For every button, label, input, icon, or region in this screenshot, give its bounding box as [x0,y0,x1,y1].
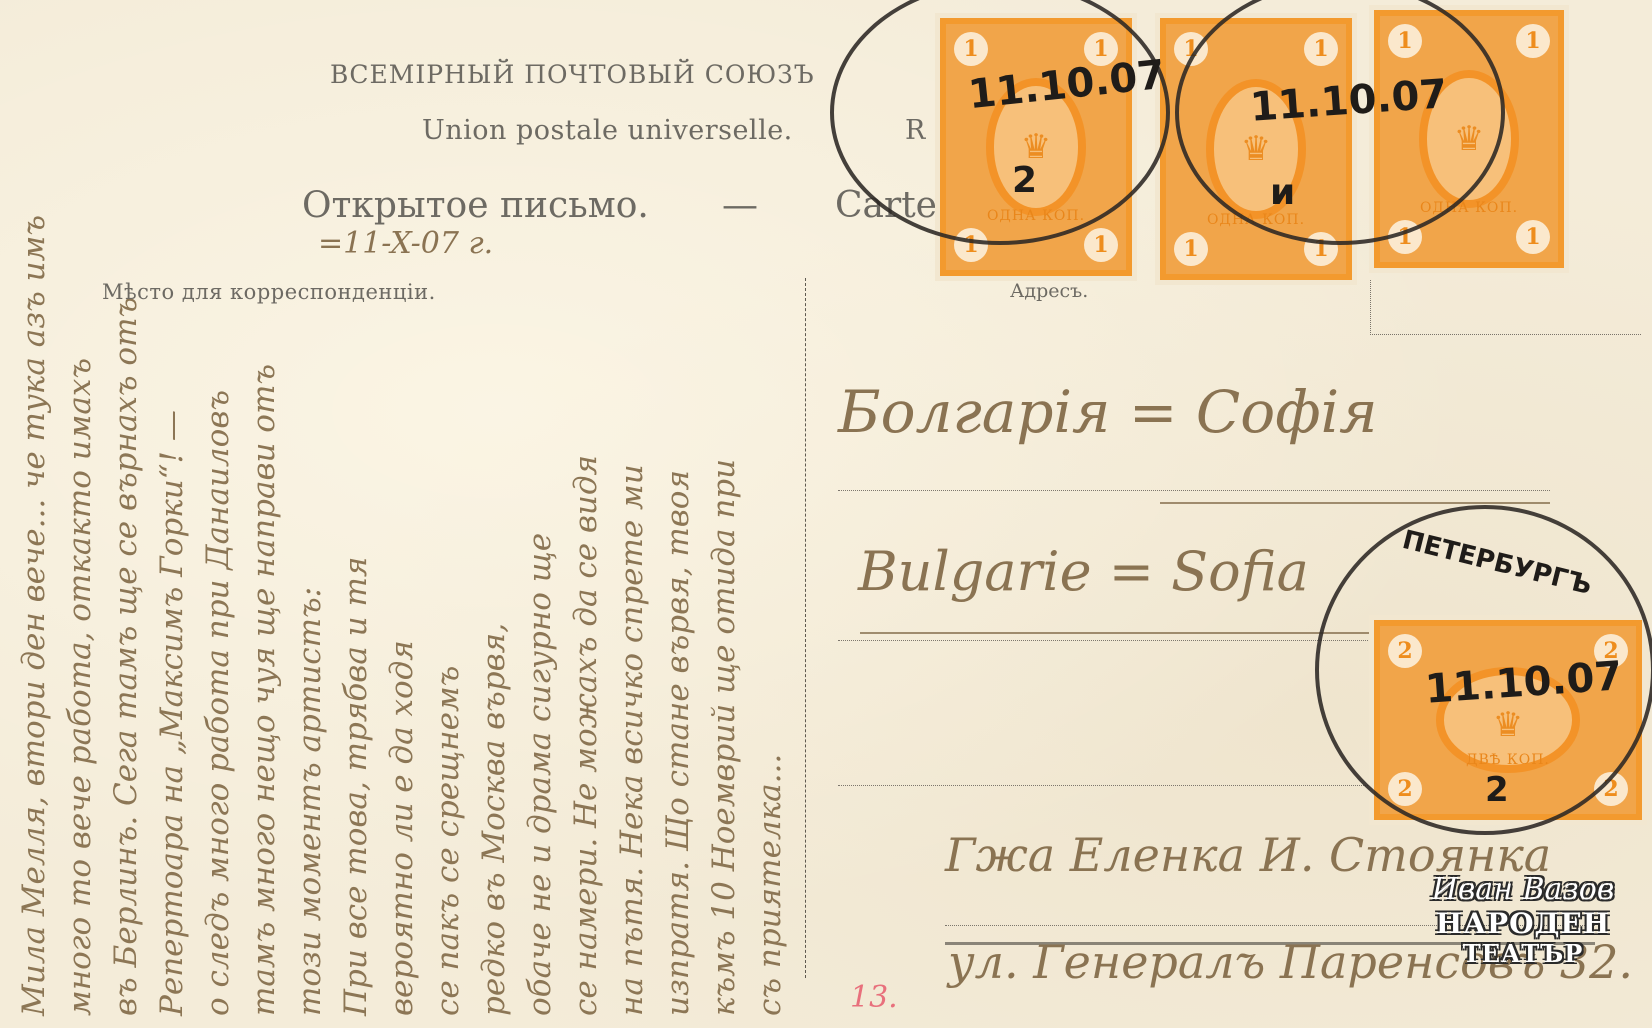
letter-line: въ Берлинъ. Сега тамъ ще се върнахъ отъ [108,297,144,1016]
handwritten-country-ru: Болгарія = Софія [838,378,1378,446]
underline-country-fr [860,632,1380,634]
letter-line: тамъ много нещо чуя ще направи отъ [246,364,282,1016]
archive-number: 13. [850,980,898,1015]
printed-card-title-ru: Открытое письмо. [302,185,649,226]
logo-script: Иван Вазов [1428,872,1618,908]
address-line-2 [838,640,1378,641]
stamp-corner-value: 1 [1516,24,1550,58]
postmark-3-series: 2 [1485,770,1509,810]
letter-line: вероятно ли е да ходя [384,640,420,1016]
center-divider [805,278,806,978]
printed-address-label: Адресъ. [1010,280,1088,302]
letter-line: обаче не и драма сигурно ще [522,533,558,1016]
letter-line: Мила Мелля, втори ден вече... че тука аз… [16,215,52,1016]
letter-line: се намери. Не можахъ да се видя [568,455,604,1016]
handwritten-date: =11-X-07 г. [318,226,493,261]
letter-line: много то вече работа, откакто имахъ [62,358,98,1016]
stamp-box-outline [1370,280,1641,335]
address-line-1 [838,490,1550,491]
postmark-1-series: 2 [1012,160,1037,201]
handwritten-letter: Мила Мелля, втори ден вече... че тука аз… [10,0,800,1028]
logo-line-2: ТЕАТЪР [1428,940,1618,968]
letter-line: този моментъ артистъ: [292,587,328,1016]
letter-line: на пътя. Нека всичко спрете ми [614,464,650,1016]
letter-line: При все това, трябва и тя [338,557,374,1016]
letter-line: съ приятелка... [752,754,788,1016]
printed-union-ru: ВСЕМІРНЫЙ ПОЧТОВЫЙ СОЮЗЪ [330,60,815,89]
stamp-corner-value: 1 [1174,232,1208,266]
printed-union-fr: Union postale universelle. [422,115,793,146]
letter-line: изпратя. Що стане вървя, твоя [660,470,696,1016]
letter-line: о следъ много работа при Данаиловъ [200,390,236,1016]
letter-line: Репертоара на „Максимъ Горки“! — [154,410,190,1016]
postcard-back: Мила Мелля, втори ден вече... че тука аз… [0,0,1652,1028]
letter-line: се пакъ се срещнемъ [430,666,466,1016]
letter-line: къмъ 10 Ноемврий ще отида при [706,459,742,1016]
stamp-corner-value: 1 [1084,228,1118,262]
logo-line-1: НАРОДЕН [1428,908,1618,940]
printed-dash: — [722,185,758,226]
address-line-3 [838,785,1378,786]
stamp-corner-value: 1 [1516,220,1550,254]
postmark-2-letter: и [1270,172,1295,213]
underline-country-ru [1160,502,1550,504]
printed-correspondence-label: Мѣсто для корреспонденціи. [102,280,436,304]
letter-line: редко въ Москва вървя, [476,623,512,1016]
handwritten-country-fr: Bulgarie = Sofia [858,540,1309,603]
national-theatre-logo: Иван Вазов НАРОДЕН ТЕАТЪР [1428,872,1618,968]
